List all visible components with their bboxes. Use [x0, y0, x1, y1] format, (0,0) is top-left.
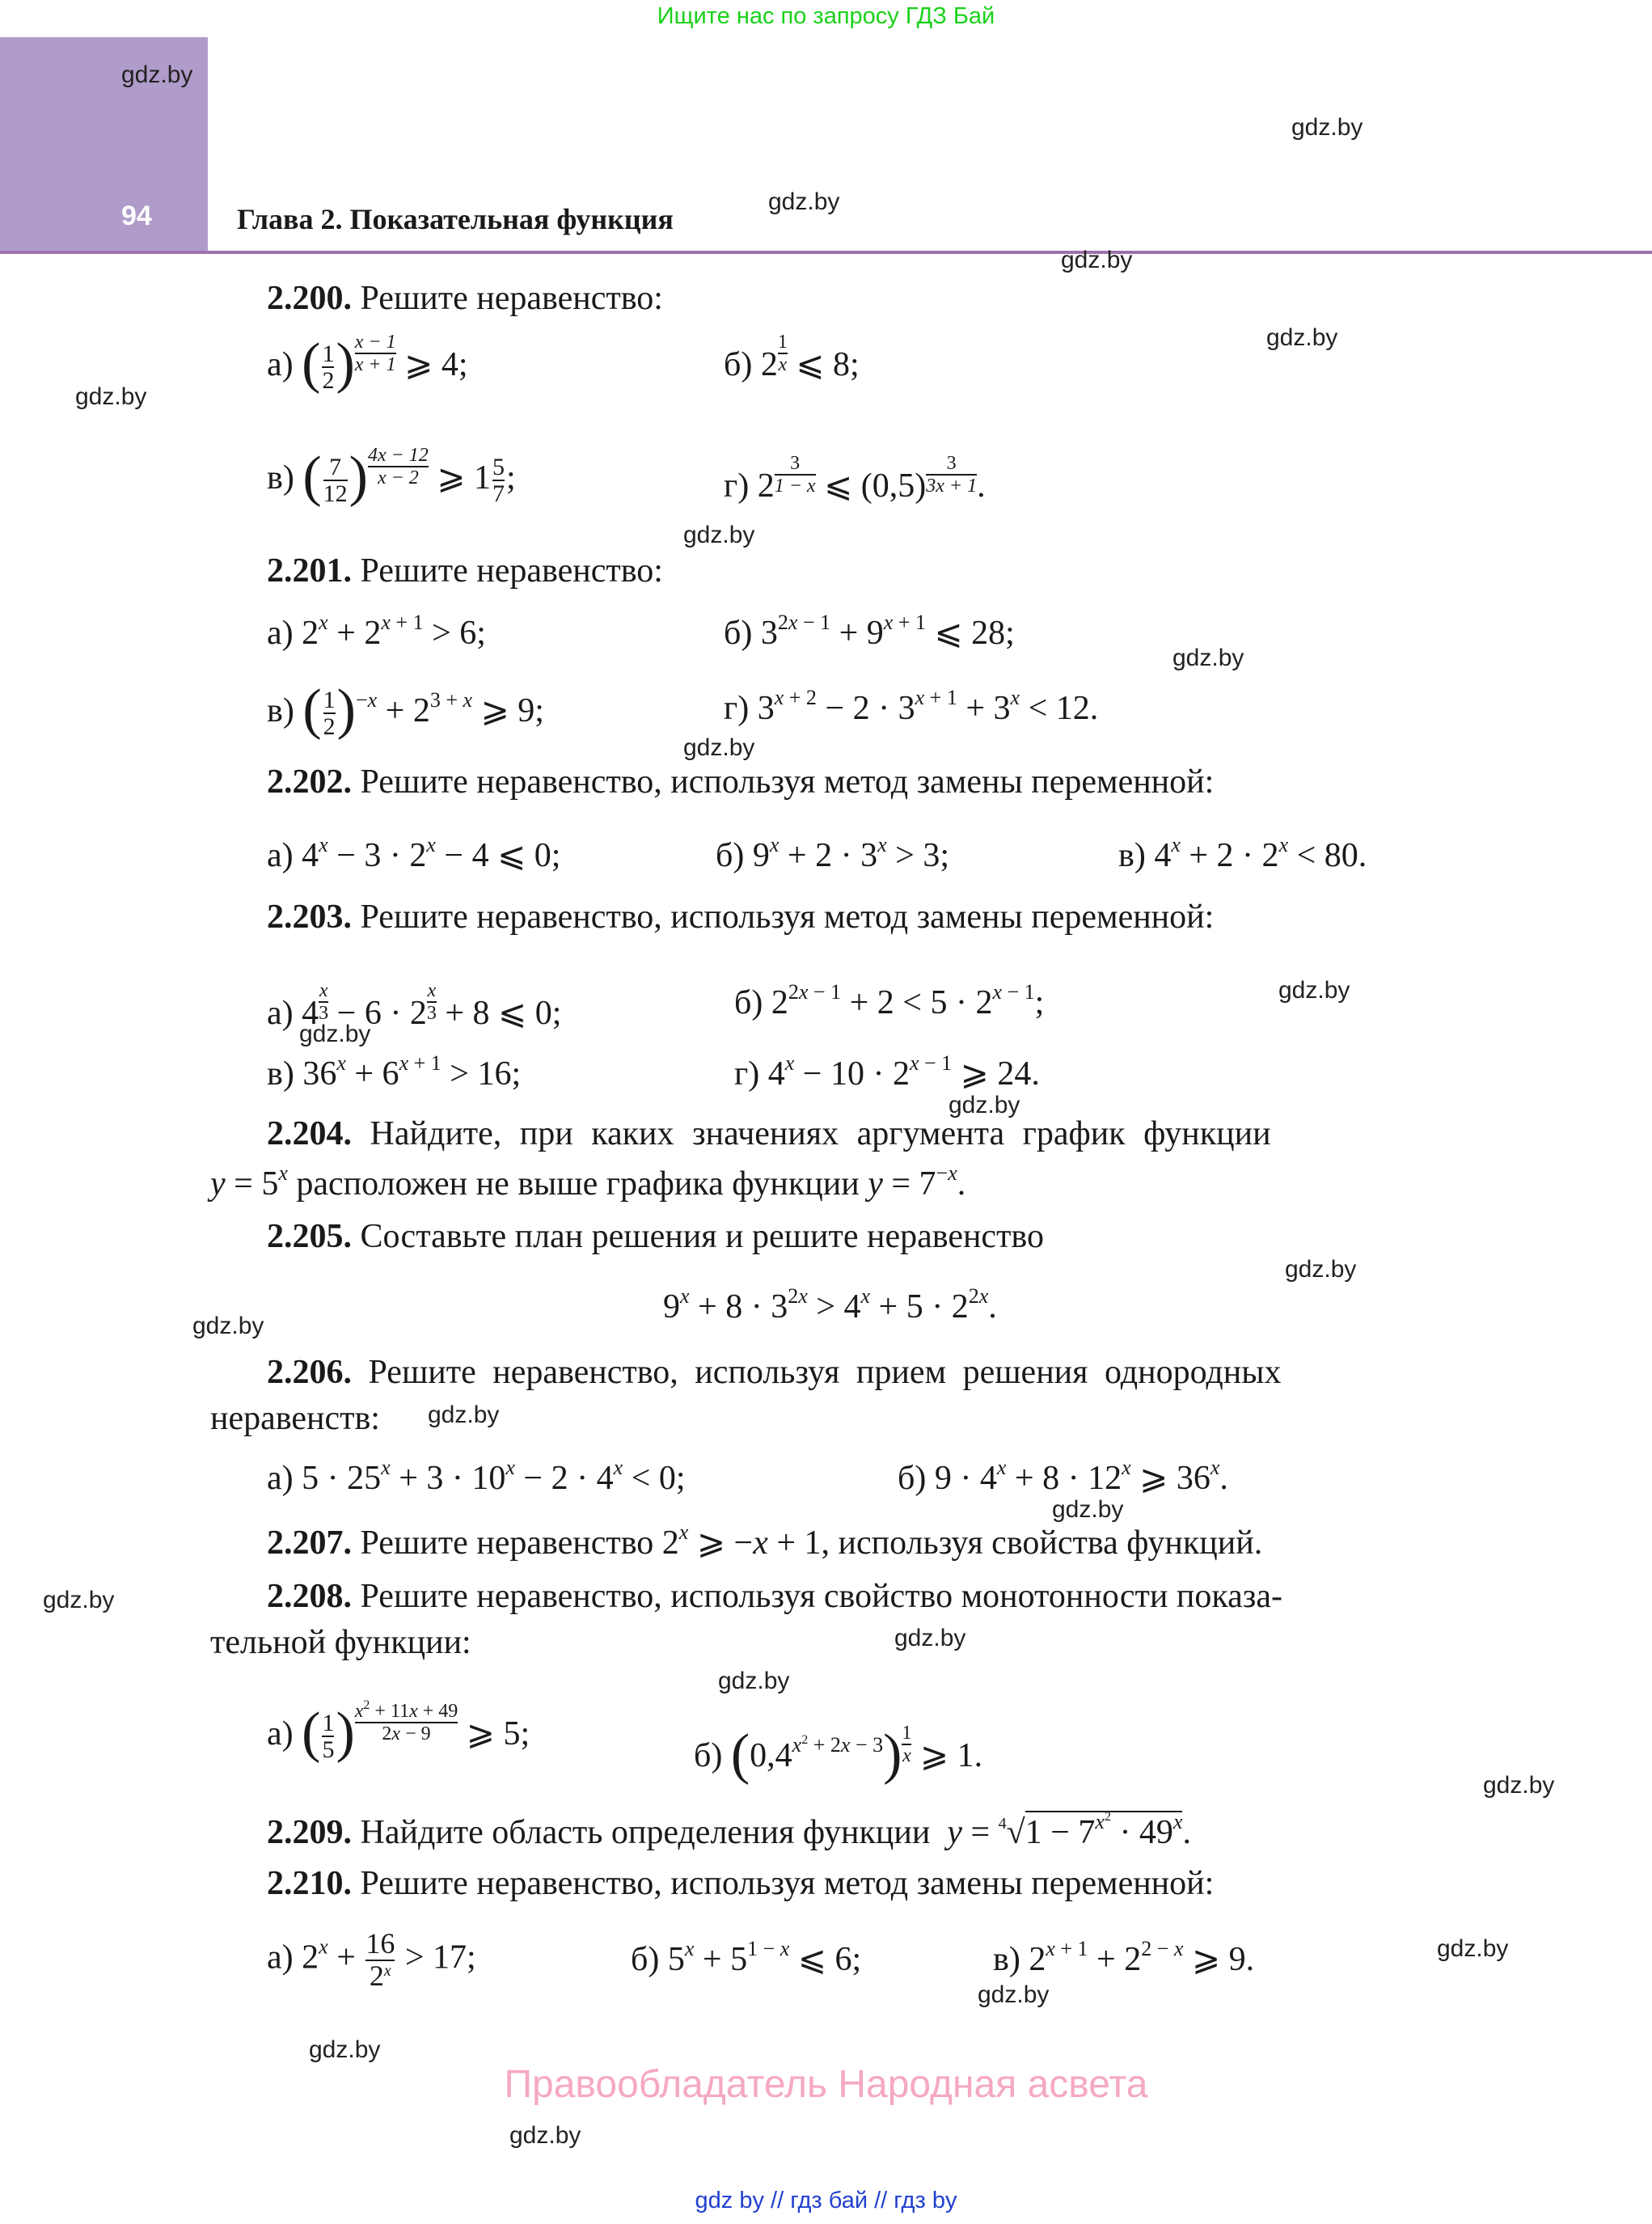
watermark: gdz.by	[1278, 977, 1350, 1004]
watermark: gdz.by	[718, 1668, 789, 1695]
watermark: gdz.by	[1061, 247, 1132, 274]
task-2-205-formula: 9x + 8 · 32x > 4x + 5 · 22x.	[663, 1284, 997, 1326]
task-2-200-v: в) (712)4x − 12x − 2 ⩾ 157;	[267, 445, 516, 509]
watermark: gdz.by	[894, 1625, 965, 1652]
task-2-210-b: б) 5x + 51 − x ⩽ 6;	[631, 1937, 861, 1979]
task-2-203-header: 2.203. Решите неравенство, используя мет…	[267, 898, 1214, 937]
task-2-210-a: а) 2x + 162x > 17;	[267, 1929, 476, 1992]
watermark: gdz.by	[768, 188, 839, 216]
task-2-205-header: 2.205. Составьте план решения и решите н…	[267, 1217, 1044, 1256]
task-2-200-a: а) (12)x − 1x + 1 ⩾ 4;	[267, 332, 468, 396]
top-banner[interactable]: Ищите нас по запросу ГДЗ Бай	[0, 3, 1652, 30]
task-2-201-a: а) 2x + 2x + 1 > 6;	[267, 611, 486, 653]
task-2-207: 2.207. Решите неравенство 2x ⩾ −x + 1, и…	[267, 1520, 1262, 1562]
task-2-203-a: а) 4x3 − 6 · 2x3 + 8 ⩽ 0;	[267, 980, 561, 1033]
watermark: gdz.by	[683, 522, 754, 549]
task-2-203-b: б) 22x − 1 + 2 < 5 · 2x − 1;	[734, 980, 1044, 1022]
task-2-206-line1: 2.206. Решите неравенство, используя при…	[267, 1353, 1516, 1392]
watermark: gdz.by	[978, 1981, 1049, 2009]
task-2-206-b: б) 9 · 4x + 8 · 12x ⩾ 36x.	[898, 1456, 1228, 1498]
task-2-201-g: г) 3x + 2 − 2 · 3x + 1 + 3x < 12.	[724, 686, 1098, 728]
task-2-202-a: а) 4x − 3 · 2x − 4 ⩽ 0;	[267, 833, 560, 875]
watermark: gdz.by	[1437, 1935, 1508, 1963]
task-2-204-line1: 2.204. Найдите, при каких значениях аргу…	[267, 1114, 1516, 1153]
chapter-title: Глава 2. Показательная функция	[237, 202, 674, 236]
task-2-201-header: 2.201. Решите неравенство:	[267, 552, 663, 590]
task-2-210-v: в) 2x + 1 + 22 − x ⩾ 9.	[993, 1937, 1254, 1979]
watermark: gdz.by	[683, 734, 754, 762]
watermark: gdz.by	[43, 1587, 114, 1614]
watermark: gdz.by	[509, 2122, 581, 2150]
task-2-206-line2: неравенств:	[210, 1399, 380, 1438]
task-2-202-b: б) 9x + 2 · 3x > 3;	[716, 833, 949, 875]
watermark: gdz.by	[1483, 1772, 1554, 1799]
watermark: gdz.by	[192, 1313, 264, 1340]
task-2-209: 2.209. Найдите область определения функц…	[267, 1810, 1191, 1852]
task-2-208-a: а) (15)x2 + 11x + 492x − 9 ⩾ 5;	[267, 1698, 530, 1765]
task-2-200-g: г) 231 − x ⩽ (0,5)33x + 1.	[724, 453, 986, 505]
watermark: gdz.by	[1266, 324, 1337, 352]
task-2-208-line1: 2.208. Решите неравенство, используя сво…	[267, 1577, 1516, 1616]
task-2-200-b: б) 21x ⩽ 8;	[724, 332, 860, 384]
task-2-204-line2: y = 5x расположен не выше графика функци…	[210, 1161, 965, 1203]
watermark: gdz.by	[1172, 645, 1244, 672]
task-2-210-header: 2.210. Решите неравенство, используя мет…	[267, 1864, 1214, 1903]
watermark: gdz.by	[121, 61, 192, 89]
task-2-202-v: в) 4x + 2 · 2x < 80.	[1118, 833, 1367, 875]
task-2-201-v: в) (12)−x + 23 + x ⩾ 9;	[267, 678, 544, 742]
task-2-203-v: в) 36x + 6x + 1 > 16;	[267, 1051, 521, 1093]
task-2-208-line2: тельной функции:	[210, 1623, 471, 1662]
footer-links[interactable]: gdz by // гдз бай // гдз by	[0, 2188, 1652, 2214]
watermark: gdz.by	[1052, 1496, 1123, 1524]
task-2-202-header: 2.202. Решите неравенство, используя мет…	[267, 763, 1214, 801]
task-2-208-b: б) (0,4x2 + 2x − 3)1x ⩾ 1.	[694, 1723, 982, 1787]
header-divider	[0, 251, 1652, 254]
watermark: gdz.by	[75, 383, 146, 411]
task-2-206-a: а) 5 · 25x + 3 · 10x − 2 · 4x < 0;	[267, 1456, 686, 1498]
copyright-notice: Правообладатель Народная асвета	[0, 2062, 1652, 2107]
task-2-201-b: б) 32x − 1 + 9x + 1 ⩽ 28;	[724, 611, 1015, 653]
task-2-203-g: г) 4x − 10 · 2x − 1 ⩾ 24.	[734, 1051, 1040, 1093]
watermark: gdz.by	[1291, 114, 1363, 142]
watermark: gdz.by	[1285, 1256, 1356, 1283]
watermark: gdz.by	[309, 2036, 380, 2064]
task-2-200-header: 2.200. Решите неравенство:	[267, 279, 663, 318]
page-number: 94	[121, 201, 152, 232]
watermark: gdz.by	[428, 1402, 499, 1429]
